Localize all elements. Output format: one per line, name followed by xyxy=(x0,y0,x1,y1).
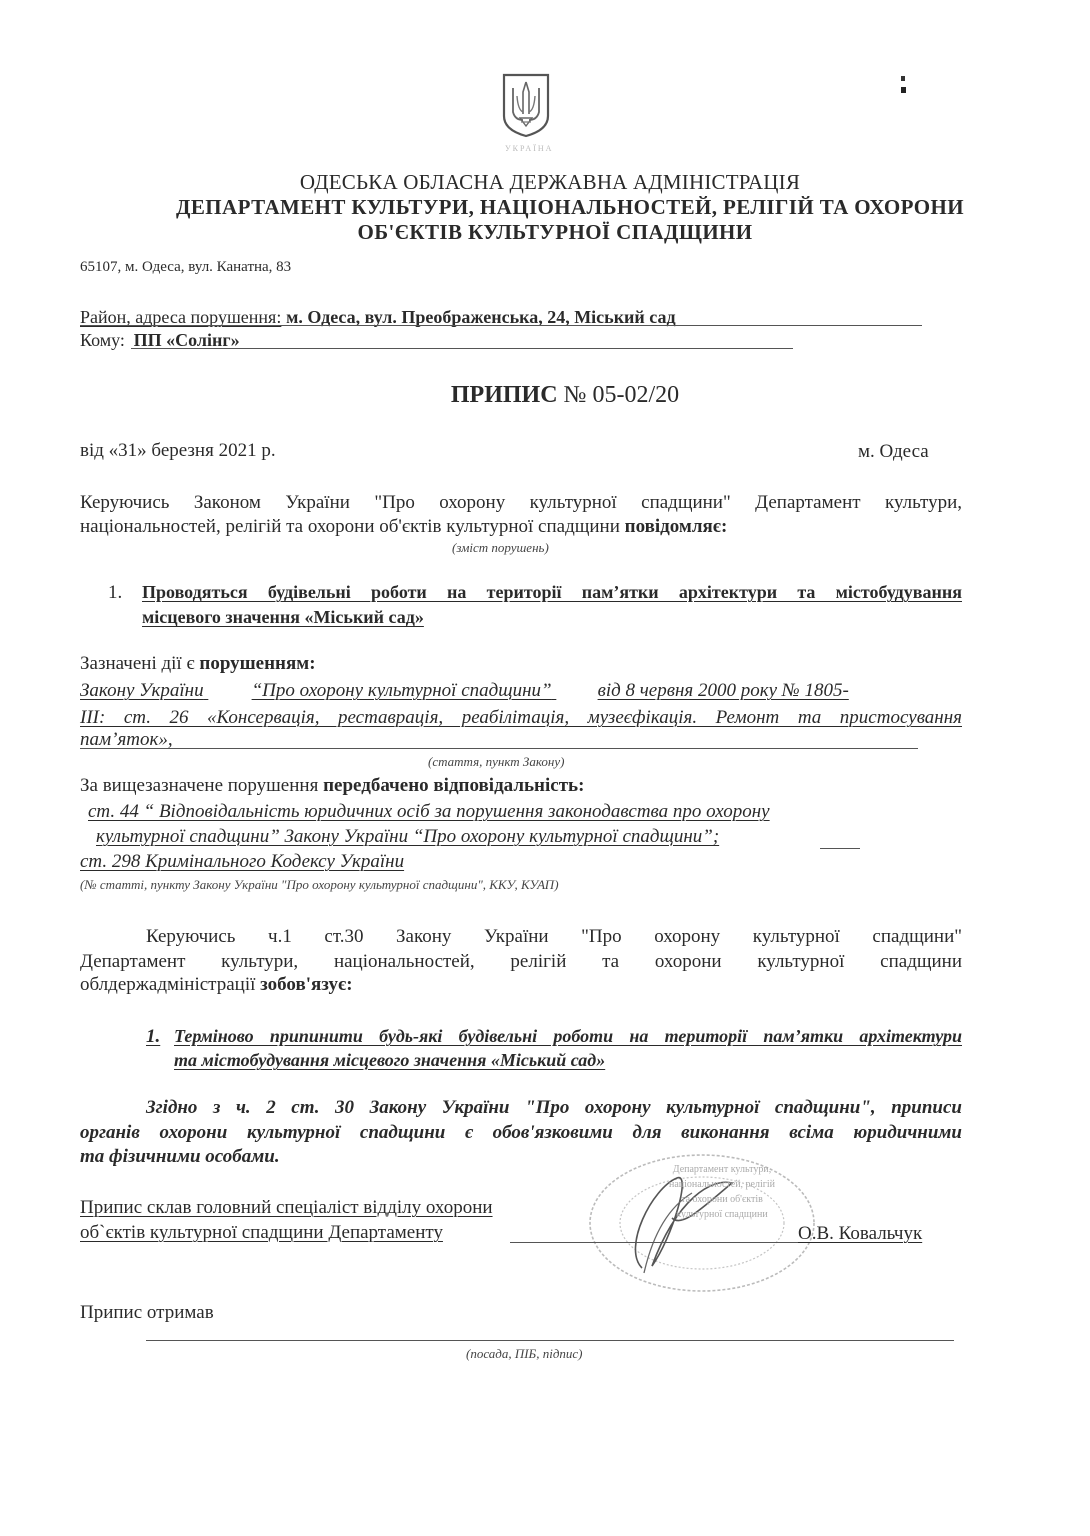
liability-caption: (№ статті, пункту Закону України "Про ох… xyxy=(80,877,559,893)
liability-label-text: За вищезазначене порушення xyxy=(80,775,323,796)
obligation-item-line-1: Терміново припинити будь-які будівельні … xyxy=(174,1024,962,1049)
department-address: 65107, м. Одеса, вул. Канатна, 83 xyxy=(80,259,291,276)
violation-address-value: м. Одеса, вул. Преображенська, 24, Міськ… xyxy=(286,307,676,327)
article-caption: (стаття, пункт Закону) xyxy=(428,754,564,770)
liability-line-1: ст. 44 “ Відповідальність юридичних осіб… xyxy=(88,801,770,823)
signature-line xyxy=(510,1242,798,1243)
order-title-label: ПРИПИС xyxy=(451,382,558,408)
trident-emblem-icon xyxy=(501,72,551,138)
compiled-by-line-2: об`єктів культурної спадщини Департамент… xyxy=(80,1222,443,1244)
addressee-label: Кому: xyxy=(80,330,125,350)
state-emblem xyxy=(501,72,551,138)
stamp-text-4: культурної спадщини xyxy=(652,1207,792,1222)
received-by-label: Припис отримав xyxy=(80,1302,214,1324)
violation-law-line-1: Закону України “Про охорону культурної с… xyxy=(80,680,962,702)
violation-item-line-1: Проводяться будівельні роботи на територ… xyxy=(142,580,962,605)
obligation-line-2: Департамент культури, національностей, р… xyxy=(80,949,962,974)
liability-label: За вищезазначене порушення передбачено в… xyxy=(80,775,584,797)
mandatory-note-line-3: та фізичними особами. xyxy=(80,1146,280,1168)
liability-label-bold: передбачено відповідальність: xyxy=(323,775,584,796)
order-city: м. Одеса xyxy=(858,441,929,463)
department-name-line1: ДЕПАРТАМЕНТ КУЛЬТУРИ, НАЦІОНАЛЬНОСТЕЙ, Р… xyxy=(0,195,1090,220)
violation-address-underline xyxy=(80,325,922,326)
violation-content-caption: (зміст порушень) xyxy=(452,540,549,556)
violation-address-label: Район, адреса порушення: xyxy=(80,307,281,327)
administration-name: ОДЕСЬКА ОБЛАСНА ДЕРЖАВНА АДМІНІСТРАЦІЯ xyxy=(0,170,1090,195)
order-title: ПРИПИС № 05-02/20 xyxy=(0,382,1090,409)
violation-item-number: 1. xyxy=(108,582,122,604)
law-name: Закону України xyxy=(80,680,204,701)
violation-of-label-text: Зазначені дії є xyxy=(80,653,199,674)
law-date-number: від 8 червня 2000 року № 1805- xyxy=(598,680,849,701)
intro-line-2: національностей, релігій та охорони об'є… xyxy=(80,516,727,538)
liability-line-2-underline-tail xyxy=(820,848,860,849)
received-by-line xyxy=(146,1340,954,1341)
stamp-text-1: Департамент культури, xyxy=(652,1162,792,1177)
addressee-value: ПП «Солінг» xyxy=(134,330,240,350)
official-stamp: Департамент культури, національностей, р… xyxy=(582,1148,822,1298)
violation-law-underline xyxy=(80,748,918,749)
violation-of-label-bold: порушенням: xyxy=(199,653,315,674)
department-name-line2: ОБ'ЄКТІВ КУЛЬТУРНОЇ СПАДЩИНИ xyxy=(0,220,1090,245)
obligation-obliges: зобов'язує: xyxy=(260,974,352,995)
stamp-text-2: національностей, релігій xyxy=(652,1177,792,1192)
emblem-caption: УКРАЇНА xyxy=(505,144,553,153)
violation-law-line-2: ІІІ: ст. 26 «Консервація, реставрація, р… xyxy=(80,705,962,730)
signatory-name: О.В. Ковальчук xyxy=(798,1223,922,1245)
obligation-line-3-text: облдержадміністрації xyxy=(80,974,260,995)
received-by-caption: (посада, ПІБ, підпис) xyxy=(466,1346,583,1362)
mandatory-note-line-2: органів охорони культурної спадщини є об… xyxy=(80,1120,962,1145)
mandatory-note-line-1: Згідно з ч. 2 ст. 30 Закону України "Про… xyxy=(146,1095,962,1120)
obligation-line-1: Керуючись ч.1 ст.30 Закону України "Про … xyxy=(146,924,962,949)
violation-of-label: Зазначені дії є порушенням: xyxy=(80,653,316,675)
intro-line-2-text: національностей, релігій та охорони об'є… xyxy=(80,516,625,537)
order-date: від «31» березня 2021 р. xyxy=(80,440,276,462)
stamp-text-3: та охорони об'єктів xyxy=(652,1192,792,1207)
liability-line-2: культурної спадщини” Закону України “Про… xyxy=(96,826,719,848)
compiled-by-line-1: Припис склав головний спеціаліст відділу… xyxy=(80,1197,493,1219)
margin-mark xyxy=(901,76,906,96)
order-number: № 05-02/20 xyxy=(564,382,680,408)
intro-line-1: Керуючись Законом України "Про охорону к… xyxy=(80,490,962,515)
obligation-item-line-2: та містобудування місцевого значення «Мі… xyxy=(174,1049,605,1071)
intro-notifies: повідомляє: xyxy=(625,516,728,537)
liability-line-3: ст. 298 Кримінального Кодексу України xyxy=(80,851,404,873)
law-title: “Про охорону культурної спадщини” xyxy=(252,680,552,701)
violation-item-line-2: місцевого значення «Міський сад» xyxy=(142,606,424,628)
obligation-item-number: 1. xyxy=(146,1026,160,1048)
obligation-line-3: облдержадміністрації зобов'язує: xyxy=(80,974,353,996)
addressee-underline xyxy=(131,348,793,349)
